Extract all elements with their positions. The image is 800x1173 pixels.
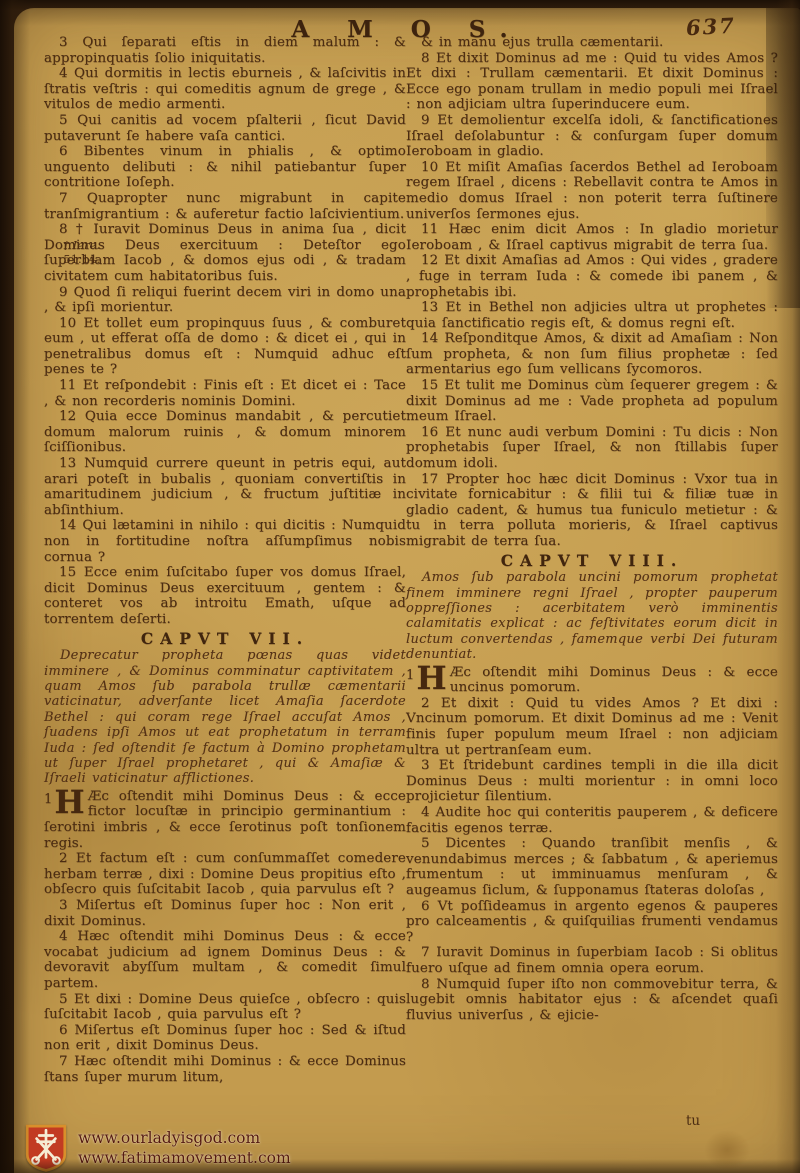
verse: 7 Hæc oſtendit mihi Dominus : & ecce Dom… bbox=[44, 1054, 406, 1085]
verse: 15 Ecce enim ſuſcitabo ſuper vos domus I… bbox=[44, 565, 406, 627]
verse: 12 Quia ecce Dominus mandabit , & percut… bbox=[44, 409, 406, 456]
verse: 14 Qui lætamini in nihilo : qui dicitis … bbox=[44, 518, 406, 565]
verse: 5 Qui canitis ad vocem pſalterii , ſicut… bbox=[44, 113, 406, 144]
chapter6-verses: 3 Qui ſeparati eſtis in diem malum : & a… bbox=[44, 35, 406, 628]
watermark-urls: www.ourladyisgod.com www.fatimamovement.… bbox=[78, 1128, 291, 1168]
verse: 4 Audite hoc qui conteritis pauperem , &… bbox=[406, 805, 778, 836]
verse: 16 Et nunc audi verbum Domini : Tu dicis… bbox=[406, 425, 778, 472]
verse: 11 Et reſpondebit : Finis eſt : Et dicet… bbox=[44, 378, 406, 409]
verse: 4 Qui dormitis in lectis eburneis , & la… bbox=[44, 66, 406, 113]
verse: 8 † Iuravit Dominus Deus in anima ſua , … bbox=[44, 222, 406, 284]
verse: 7 Iuravit Dominus in ſuperbiam Iacob : S… bbox=[406, 945, 778, 976]
catchword: tu bbox=[686, 1113, 700, 1129]
verse: & in manu ejus trulla cæmentarii. bbox=[406, 35, 778, 51]
verse: 6 Vt poſſideamus in argento egenos & pau… bbox=[406, 899, 778, 946]
verse: 9 Quod ſi reliqui fuerint decem viri in … bbox=[44, 285, 406, 316]
book-scan: A M O S. 637 † Iere. 51.14. 3 Qui ſepara… bbox=[0, 0, 800, 1173]
right-column: & in manu ejus trulla cæmentarii.8 Et di… bbox=[406, 35, 778, 1023]
verse: 6 Bibentes vinum in phialis , & optimo u… bbox=[44, 144, 406, 191]
verse: 15 Et tulit me Dominus cùm ſequerer greg… bbox=[406, 378, 778, 425]
verse: 1HÆc oſtendit mihi Dominus Deus : & ecce… bbox=[44, 789, 406, 851]
chapter7-heading: CAPVT VII. bbox=[44, 631, 406, 647]
verse: 11 Hæc enim dicit Amos : In gladio morie… bbox=[406, 222, 778, 253]
verse: 8 Et dixit Dominus ad me : Quid tu vides… bbox=[406, 51, 778, 113]
verse: 3 Et ſtridebunt cardines templi in die i… bbox=[406, 758, 778, 805]
page: A M O S. 637 † Iere. 51.14. 3 Qui ſepara… bbox=[14, 8, 800, 1173]
chapter8-verses: 1HÆc oſtendit mihi Dominus Deus : & ecce… bbox=[406, 665, 778, 1024]
verse: 8 Numquid ſuper iſto non commovebitur te… bbox=[406, 977, 778, 1024]
verse: 5 Et dixi : Domine Deus quieſce , obſecr… bbox=[44, 992, 406, 1023]
verse: 10 Et miſit Amaſias ſacerdos Bethel ad I… bbox=[406, 160, 778, 222]
verse: 3 Miſertus eſt Dominus ſuper hoc : Non e… bbox=[44, 898, 406, 929]
verse: 10 Et tollet eum propinquus ſuus , & com… bbox=[44, 316, 406, 378]
verse: 1HÆc oſtendit mihi Dominus Deus : & ecce… bbox=[406, 665, 778, 696]
verse: 4 Hæc oſtendit mihi Dominus Deus : & ecc… bbox=[44, 929, 406, 991]
verse: 2 Et factum eſt : cum conſummaſſet comed… bbox=[44, 851, 406, 898]
chapter7-argument: Deprecatur propheta pœnas quas videt imm… bbox=[44, 648, 406, 787]
verse: 5 Dicentes : Quando tranſibit menſis , &… bbox=[406, 836, 778, 898]
verse: 6 Miſertus eſt Dominus ſuper hoc : Sed &… bbox=[44, 1023, 406, 1054]
verse: 13 Et in Bethel non adjicies ultra ut pr… bbox=[406, 300, 778, 331]
watermark-url-1: www.ourladyisgod.com bbox=[78, 1128, 291, 1148]
chapter7-verses-continued: & in manu ejus trulla cæmentarii.8 Et di… bbox=[406, 35, 778, 550]
verse: 3 Qui ſeparati eſtis in diem malum : & a… bbox=[44, 35, 406, 66]
verse: 12 Et dixit Amaſias ad Amos : Qui vides … bbox=[406, 253, 778, 300]
papal-cross-keys-shield-icon bbox=[24, 1124, 68, 1172]
watermark-url-2: www.fatimamovement.com bbox=[78, 1148, 291, 1168]
watermark: www.ourladyisgod.com www.fatimamovement.… bbox=[24, 1124, 291, 1172]
chapter8-argument: Amos ſub parabola uncini pomorum prophet… bbox=[406, 570, 778, 662]
left-column: 3 Qui ſeparati eſtis in diem malum : & a… bbox=[44, 35, 406, 1085]
drop-cap: 1H bbox=[44, 789, 85, 818]
chapter8-heading: CAPVT VIII. bbox=[406, 553, 778, 569]
drop-cap: 1H bbox=[406, 665, 447, 694]
verse: 2 Et dixit : Quid tu vides Amos ? Et dix… bbox=[406, 696, 778, 758]
verse: 13 Numquid currere queunt in petris equi… bbox=[44, 456, 406, 518]
verse: 14 Reſponditque Amos, & dixit ad Amaſiam… bbox=[406, 331, 778, 378]
paper-stain bbox=[704, 1130, 750, 1170]
verse: 17 Propter hoc hæc dicit Dominus : Vxor … bbox=[406, 472, 778, 550]
chapter7-verses: 1HÆc oſtendit mihi Dominus Deus : & ecce… bbox=[44, 789, 406, 1085]
verse: 9 Et demolientur excelſa idoli, & ſancti… bbox=[406, 113, 778, 160]
verse: 7 Quapropter nunc migrabunt in capite tr… bbox=[44, 191, 406, 222]
